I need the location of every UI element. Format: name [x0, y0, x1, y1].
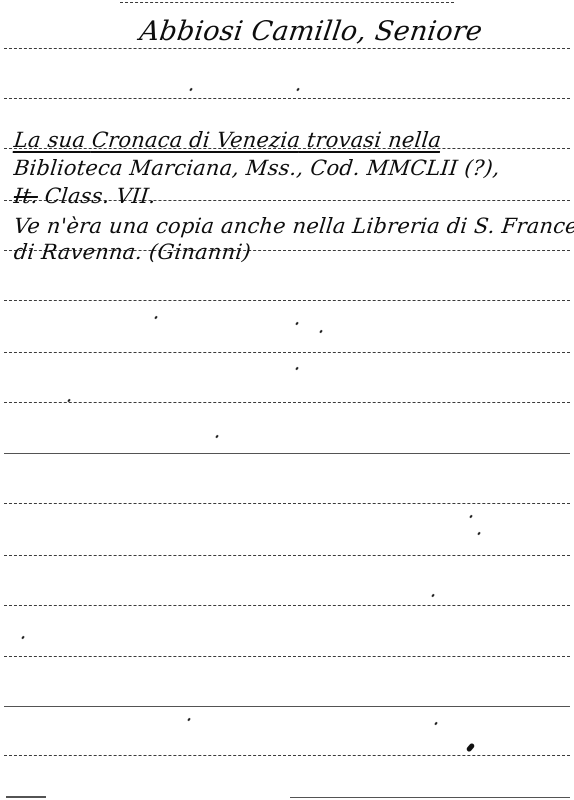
- scan-speck: [295, 322, 298, 326]
- index-card: Abbiosi Camillo, Seniore La sua Cronaca …: [0, 0, 574, 800]
- scan-speck: [187, 718, 190, 722]
- ruled-line: [290, 797, 570, 798]
- heading-given-name: Camillo: [249, 16, 359, 47]
- ruled-line: [4, 48, 570, 49]
- body-line-4: Ve n'èra una copia anche nella Libreria …: [13, 214, 574, 238]
- text-segment: La sua: [13, 128, 94, 152]
- text-segment: Biblioteca Marciana, Mss., Cod. MMCLII (…: [13, 156, 501, 180]
- scan-speck: [189, 88, 192, 92]
- ink-blot: [466, 742, 476, 752]
- body-line-3: It. Class. VII.: [13, 184, 157, 208]
- scan-speck: [434, 722, 437, 726]
- scan-speck: [215, 435, 218, 439]
- text-segment: Class. VII.: [37, 184, 157, 208]
- struck-text: It.: [13, 184, 40, 208]
- card-heading: Abbiosi Camillo, Seniore: [138, 16, 485, 47]
- text-segment: di Ravenna. (Ginanni): [13, 240, 252, 264]
- body-line-1: La sua Cronaca di Venezia trovasi nella: [13, 128, 443, 152]
- heading-surname: Abbiosi: [138, 16, 245, 47]
- ruled-line: [6, 796, 46, 798]
- ruled-line: [4, 755, 570, 756]
- work-title: Cronaca di Venezia: [91, 128, 302, 152]
- body-line-5: di Ravenna. (Ginanni): [13, 240, 252, 264]
- ruled-line: [120, 2, 454, 3]
- scan-speck: [469, 515, 472, 519]
- text-segment: Ve n'èra una copia anche nella Libreria …: [13, 214, 574, 238]
- ruled-line: [4, 605, 570, 606]
- ruled-line: [4, 453, 570, 454]
- scan-speck: [295, 367, 298, 371]
- ruled-line: [4, 706, 570, 707]
- heading-qualifier: , Seniore: [355, 16, 484, 47]
- ruled-line: [4, 98, 570, 99]
- ruled-line: [4, 503, 570, 504]
- scan-speck: [21, 636, 24, 640]
- ruled-line: [4, 656, 570, 657]
- scan-speck: [431, 594, 434, 598]
- body-line-2: Biblioteca Marciana, Mss., Cod. MMCLII (…: [13, 156, 501, 180]
- ruled-line: [4, 352, 570, 353]
- scan-speck: [154, 316, 157, 320]
- ruled-line: [4, 555, 570, 556]
- text-segment: trovasi nella: [299, 128, 443, 152]
- ruled-line: [4, 402, 570, 403]
- scan-speck: [477, 532, 480, 536]
- ruled-line: [4, 300, 570, 301]
- scan-speck: [319, 330, 322, 334]
- scan-speck: [296, 88, 299, 92]
